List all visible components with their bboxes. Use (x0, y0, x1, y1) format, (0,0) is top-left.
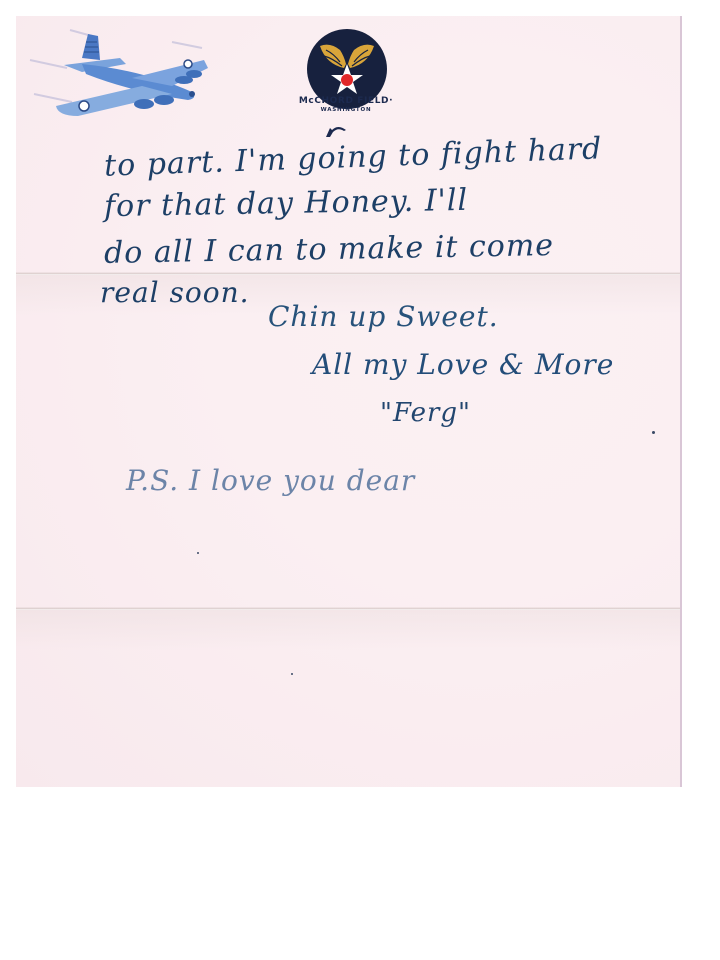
letterhead-title-block: McCHORD FIELD· WASHINGTON (278, 96, 414, 113)
ink-speck (291, 673, 293, 675)
ink-speck (197, 552, 199, 554)
handwritten-line: for that day Honey. I'll (104, 183, 469, 224)
letterhead-title: McCHORD FIELD· (278, 96, 414, 106)
signature: "Ferg" (380, 398, 471, 428)
small-eagle-mark-icon (322, 124, 348, 138)
b17-bomber-airplane-icon (22, 20, 222, 120)
postscript: P.S. I love you dear (126, 464, 415, 497)
closing-line: All my Love & More (312, 348, 614, 381)
fold-shadow (16, 610, 680, 650)
closing-line: Chin up Sweet. (268, 300, 499, 333)
ink-speck (652, 431, 655, 434)
handwritten-line: real soon. (100, 276, 250, 309)
letterhead-subtitle: WASHINGTON (278, 107, 414, 113)
army-air-forces-winged-star-icon (290, 12, 430, 132)
